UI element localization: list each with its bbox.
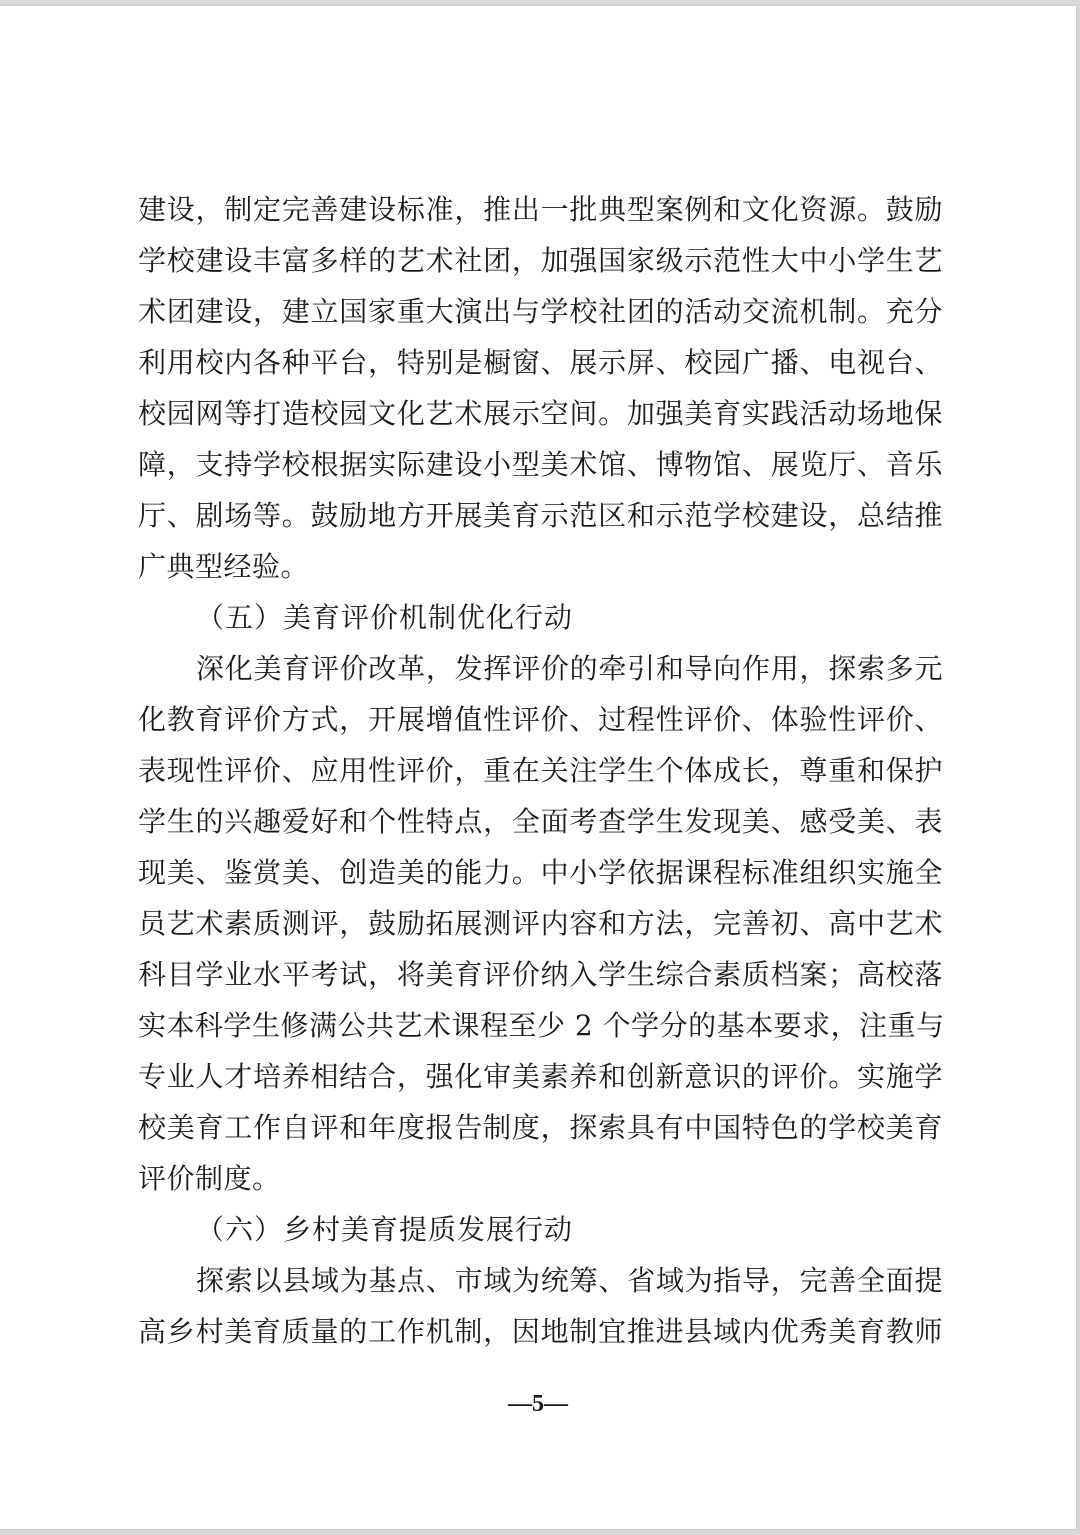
- text-line: 学校建设丰富多样的艺术社团，加强国家级示范性大中小学生艺: [138, 235, 943, 286]
- text-line: 校美育工作自评和年度报告制度，探索具有中国特色的学校美育: [138, 1102, 943, 1153]
- text-line: 表现性评价、应用性评价，重在关注学生个体成长，尊重和保护: [138, 745, 943, 796]
- text-line: 高乡村美育质量的工作机制，因地制宜推进县域内优秀美育教师: [138, 1306, 943, 1357]
- text-line: 深化美育评价改革，发挥评价的牵引和导向作用，探索多元: [138, 643, 943, 694]
- text-line: 术团建设，建立国家重大演出与学校社团的活动交流机制。充分: [138, 286, 943, 337]
- page-number: —5—: [0, 1391, 1076, 1418]
- text-line: 建设，制定完善建设标准，推出一批典型案例和文化资源。鼓励: [138, 184, 943, 235]
- text-line: 探索以县域为基点、市域为统筹、省域为指导，完善全面提: [138, 1255, 943, 1306]
- text-line: 厅、剧场等。鼓励地方开展美育示范区和示范学校建设，总结推: [138, 490, 943, 541]
- text-line: 专业人才培养相结合，强化审美素养和创新意识的评价。实施学: [138, 1051, 943, 1102]
- text-line: 障，支持学校根据实际建设小型美术馆、博物馆、展览厅、音乐: [138, 439, 943, 490]
- document-body: 建设，制定完善建设标准，推出一批典型案例和文化资源。鼓励 学校建设丰富多样的艺术…: [138, 184, 943, 1357]
- text-line: 化教育评价方式，开展增值性评价、过程性评价、体验性评价、: [138, 694, 943, 745]
- text-line: 现美、鉴赏美、创造美的能力。中小学依据课程标准组织实施全: [138, 847, 943, 898]
- section-heading: （五）美育评价机制优化行动: [138, 592, 943, 643]
- text-line: 广典型经验。: [138, 541, 943, 592]
- text-line: 实本科学生修满公共艺术课程至少 2 个学分的基本要求，注重与: [138, 1000, 943, 1051]
- text-line: 学生的兴趣爱好和个性特点，全面考查学生发现美、感受美、表: [138, 796, 943, 847]
- text-line: 校园网等打造校园文化艺术展示空间。加强美育实践活动场地保: [138, 388, 943, 439]
- paragraph: 探索以县域为基点、市域为统筹、省域为指导，完善全面提 高乡村美育质量的工作机制，…: [138, 1255, 943, 1357]
- document-page: 建设，制定完善建设标准，推出一批典型案例和文化资源。鼓励 学校建设丰富多样的艺术…: [0, 6, 1076, 1529]
- text-line: 利用校内各种平台，特别是橱窗、展示屏、校园广播、电视台、: [138, 337, 943, 388]
- paragraph: 深化美育评价改革，发挥评价的牵引和导向作用，探索多元 化教育评价方式，开展增值性…: [138, 643, 943, 1204]
- text-line: 评价制度。: [138, 1153, 943, 1204]
- paragraph: 建设，制定完善建设标准，推出一批典型案例和文化资源。鼓励 学校建设丰富多样的艺术…: [138, 184, 943, 592]
- text-line: 员艺术素质测评，鼓励拓展测评内容和方法，完善初、高中艺术: [138, 898, 943, 949]
- section-heading: （六）乡村美育提质发展行动: [138, 1204, 943, 1255]
- text-line: 科目学业水平考试，将美育评价纳入学生综合素质档案；高校落: [138, 949, 943, 1000]
